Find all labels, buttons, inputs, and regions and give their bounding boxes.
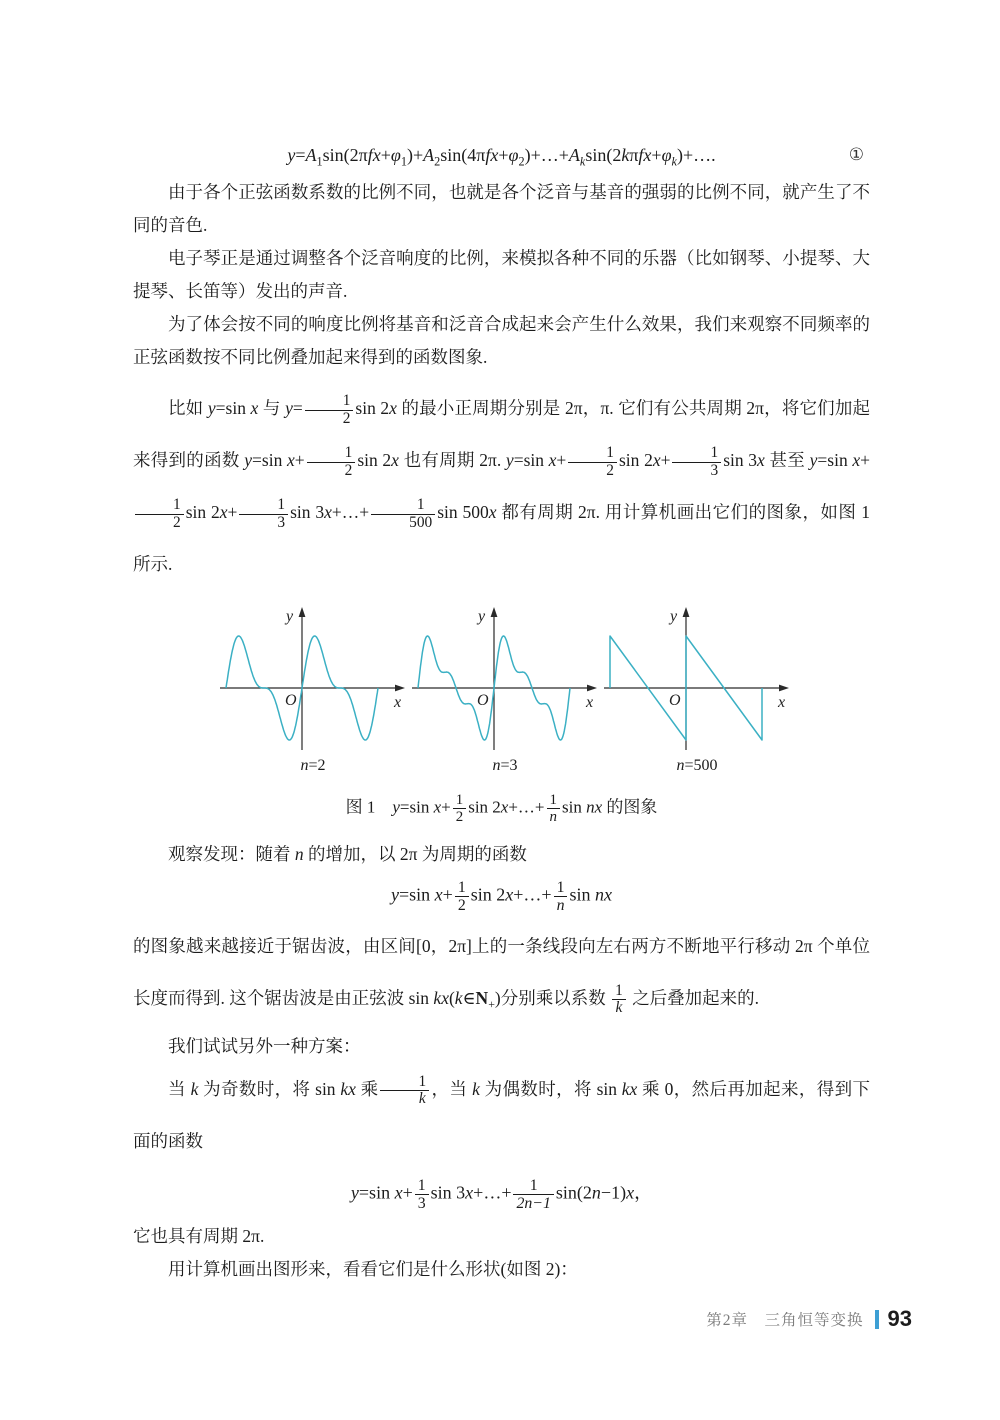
footer-page-number: 93 (888, 1306, 912, 1332)
formula-1-body: y=A1sin(2πfx+φ1)+A2sin(4πfx+φ2)+…+Aksin(… (287, 145, 715, 165)
figure1-label-n3: n=3 (409, 756, 601, 776)
svg-text:O: O (669, 692, 681, 709)
paragraph-odd-even: 当 k 为奇数时，将 sin kx 乘1k，当 k 为偶数时，将 sin kx … (133, 1063, 870, 1167)
display-formula-2: y=sin x+12sin 2x+…+1nsin nx (133, 879, 870, 914)
paragraph-motivation: 为了体会按不同的响度比例将基音和泛音合成起来会产生什么效果，我们来观察不同频率的… (133, 308, 870, 374)
svg-text:y: y (476, 608, 486, 625)
paragraph-overtones: 由于各个正弦函数系数的比例不同，也就是各个泛音与基音的强弱的比例不同，就产生了不… (133, 176, 870, 242)
paragraph-example: 比如 y=sin x 与 y=12sin 2x 的最小正周期分别是 2π，π. … (133, 382, 870, 590)
figure1-cell-n3: yxO n=3 (409, 604, 601, 776)
figure1-label-n500: n=500 (601, 756, 793, 776)
svg-text:y: y (668, 608, 678, 625)
figure1-caption: 图 1 y=sin x+12sin 2x+…+1nsin nx 的图象 (133, 792, 870, 825)
formula-tag-circle-1: ① (849, 140, 864, 170)
svg-text:x: x (585, 694, 593, 711)
figure1-label-n2: n=2 (217, 756, 409, 776)
paragraph-observation: 观察发现：随着 n 的增加，以 2π 为周期的函数 (133, 838, 870, 871)
svg-text:x: x (777, 694, 785, 711)
svg-text:y: y (284, 608, 294, 625)
footer-chapter: 第2章 三角恒等变换 (706, 1308, 863, 1330)
figure1-graph-n500: yxO (601, 604, 793, 756)
figure1-cell-n2: yxO n=2 (217, 604, 409, 776)
textbook-page: { "formula1": { "tokens": [ {"v":"y"},{"… (0, 0, 1000, 1420)
figure1-cell-n500: yxO n=500 (601, 604, 793, 776)
paragraph-sawtooth: 的图象越来越接近于锯齿波，由区间[0，2π]上的一条线段向左右两方不断地平行移动… (133, 920, 870, 1030)
page-content: y=A1sin(2πfx+φ1)+A2sin(4πfx+φ2)+…+Aksin(… (133, 0, 870, 1286)
figure1-graph-n3: yxO (409, 604, 601, 756)
footer: 第2章 三角恒等变换 93 (706, 1306, 912, 1332)
paragraph-keyboard: 电子琴正是通过调整各个泛音响度的比例，来模拟各种不同的乐器（比如钢琴、小提琴、大… (133, 242, 870, 308)
svg-text:x: x (393, 694, 401, 711)
paragraph-draw: 用计算机画出图形来，看看它们是什么形状(如图 2)： (133, 1253, 870, 1286)
figure-1: yxO n=2 yxO n=3 yxO n=500 (217, 604, 870, 776)
footer-divider (875, 1310, 879, 1329)
display-formula-1: y=A1sin(2πfx+φ1)+A2sin(4πfx+φ2)+…+Aksin(… (133, 140, 870, 176)
svg-text:O: O (285, 692, 297, 709)
paragraph-period: 它也具有周期 2π. (133, 1220, 870, 1253)
figure1-graph-n2: yxO (217, 604, 409, 756)
paragraph-alt-plan: 我们试试另外一种方案： (133, 1030, 870, 1063)
display-formula-3: y=sin x+13sin 3x+…+12n−1sin(2n−1)x， (133, 1177, 870, 1212)
svg-text:O: O (477, 692, 489, 709)
